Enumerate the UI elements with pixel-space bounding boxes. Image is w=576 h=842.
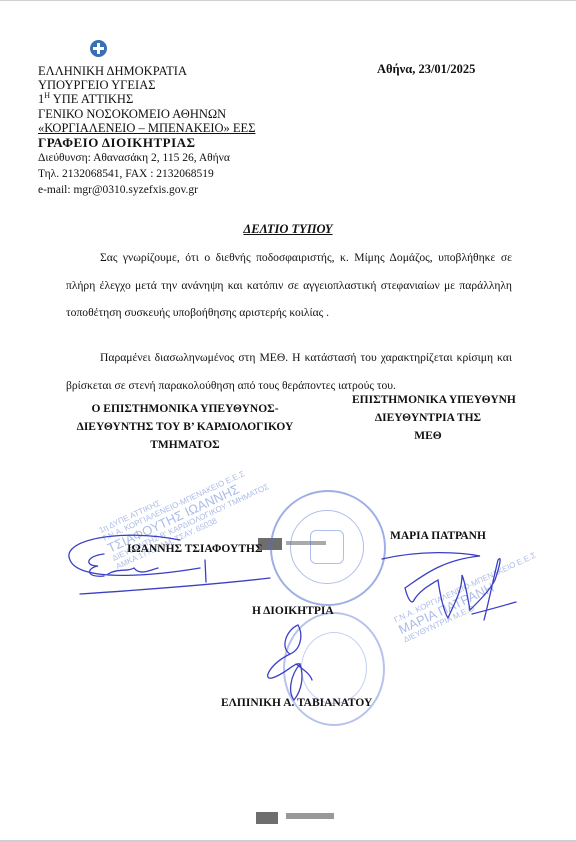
signature-ink	[0, 0, 576, 842]
